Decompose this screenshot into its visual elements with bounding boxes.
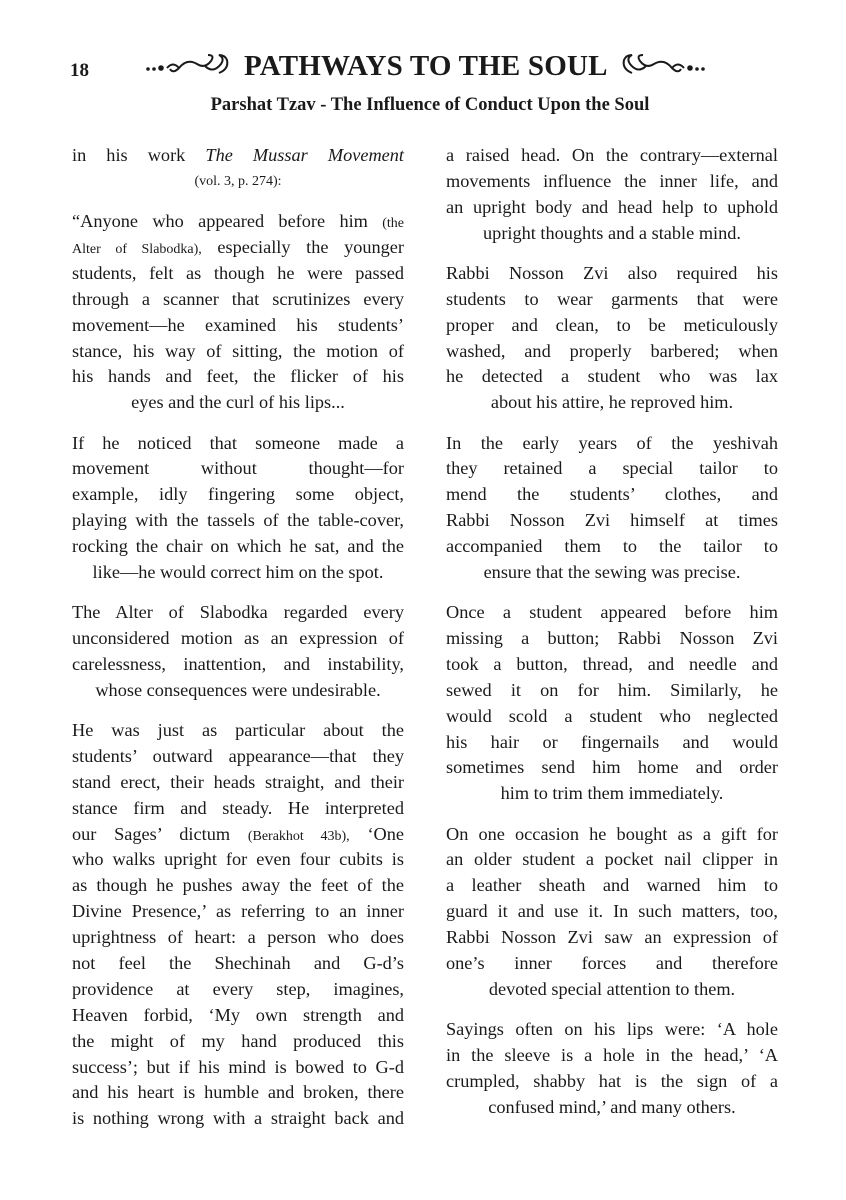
text-line: a raised head. On the contrary—external	[446, 143, 778, 169]
text-line: as though he pushes away the feet of the	[72, 873, 404, 899]
running-head-title: PATHWAYS TO THE SOUL	[244, 50, 606, 82]
text-line: students to wear garments that were	[446, 287, 778, 313]
text-line: movement—he examined his students’	[72, 313, 404, 339]
text-line: stance firm and steady. He interpreted	[72, 796, 404, 822]
text-line: example, idly fingering some object,	[72, 482, 404, 508]
text-line: Alter of Slabodka), especially the young…	[72, 235, 404, 261]
paragraph: He was just as particular about the stud…	[72, 718, 404, 1132]
paragraph: Rabbi Nosson Zvi also required his stude…	[446, 261, 778, 416]
text-line: Rabbi Nosson Zvi himself at times	[446, 508, 778, 534]
text-line: Sayings often on his lips were: ‘A hole	[446, 1017, 778, 1043]
paragraph: If he noticed that someone made a moveme…	[72, 431, 404, 586]
text-line: through a scanner that scrutinizes every	[72, 287, 404, 313]
text-line: his hair or fingernails and would	[446, 730, 778, 756]
text-line: about his attire, he reproved him.	[446, 390, 778, 416]
text-line: our Sages’ dictum (Berakhot 43b), ‘One	[72, 822, 404, 848]
text-line: “Anyone who appeared before him (the	[72, 209, 404, 235]
text-line: devoted special attention to them.	[446, 977, 778, 1003]
text-line: the might of my hand produced this	[72, 1029, 404, 1055]
text-line: him to trim them immediately.	[446, 781, 778, 807]
text-line: and his heart is humble and broken, ther…	[72, 1080, 404, 1106]
text-line: Rabbi Nosson Zvi also required his	[446, 261, 778, 287]
text-line: students’ outward appearance—that they	[72, 744, 404, 770]
text-line: students, felt as though he were passed	[72, 261, 404, 287]
text-line: The Alter of Slabodka regarded every	[72, 600, 404, 626]
text-line: eyes and the curl of his lips...	[72, 390, 404, 416]
text-line: movements influence the inner life, and	[446, 169, 778, 195]
text-line: in his work The Mussar Movement	[72, 143, 404, 169]
text-line: guard it and use it. In such matters, to…	[446, 899, 778, 925]
page-number: 18	[70, 60, 89, 82]
text-line: missing a button; Rabbi Nosson Zvi	[446, 626, 778, 652]
text-line: sometimes send him home and order	[446, 755, 778, 781]
ornament-left-icon	[145, 54, 237, 82]
citation: (Berakhot 43b),	[248, 829, 350, 844]
paragraph: Once a student appeared before him missi…	[446, 600, 778, 807]
text-line: an upright body and head help to uphold	[446, 195, 778, 221]
text-line: uprightness of heart: a person who does	[72, 925, 404, 951]
text-line: upright thoughts and a stable mind.	[446, 221, 778, 247]
text-line: confused mind,’ and many others.	[446, 1095, 778, 1121]
text-line: He was just as particular about the	[72, 718, 404, 744]
text-line: sewed it on for him. Similarly, he	[446, 678, 778, 704]
text-line: Heaven forbid, ‘My own strength and	[72, 1003, 404, 1029]
text-line: not feel the Shechinah and G-d’s	[72, 951, 404, 977]
paragraph: a raised head. On the contrary—external …	[446, 143, 778, 247]
citation: (vol. 3, p. 274):	[72, 169, 404, 195]
text-line: carelessness, inattention, and instabili…	[72, 652, 404, 678]
text-line: On one occasion he bought as a gift for	[446, 822, 778, 848]
left-column: in his work The Mussar Movement (vol. 3,…	[72, 143, 404, 1147]
text-line: his hands and feet, the flicker of his	[72, 364, 404, 390]
paragraph: The Alter of Slabodka regarded every unc…	[72, 600, 404, 704]
running-head: PATHWAYS TO THE SOUL	[130, 50, 720, 83]
text-line: whose consequences were undesirable.	[72, 678, 404, 704]
paragraph: Sayings often on his lips were: ‘A hole …	[446, 1017, 778, 1121]
text-line: stand erect, their heads straight, and t…	[72, 770, 404, 796]
text-line: one’s inner forces and therefore	[446, 951, 778, 977]
text-line: movement without thought—for	[72, 456, 404, 482]
right-column: a raised head. On the contrary—external …	[446, 143, 778, 1135]
text-line: mend the students’ clothes, and	[446, 482, 778, 508]
text-line: they retained a special tailor to	[446, 456, 778, 482]
text-line: who walks upright for even four cubits i…	[72, 847, 404, 873]
text-line: Once a student appeared before him	[446, 600, 778, 626]
text-line: Rabbi Nosson Zvi saw an expression of	[446, 925, 778, 951]
chapter-subtitle: Parshat Tzav - The Influence of Conduct …	[60, 95, 800, 116]
text-line: ensure that the sewing was precise.	[446, 560, 778, 586]
text-line: unconsidered motion as an expression of	[72, 626, 404, 652]
text-line: proper and clean, to be meticulously	[446, 313, 778, 339]
ornament-right-icon	[614, 54, 706, 82]
text-line: a leather sheath and warned him to	[446, 873, 778, 899]
text-line: accompanied them to the tailor to	[446, 534, 778, 560]
text-line: Divine Presence,’ as referring to an inn…	[72, 899, 404, 925]
text-line: stance, his way of sitting, the motion o…	[72, 339, 404, 365]
paragraph: On one occasion he bought as a gift for …	[446, 822, 778, 1003]
text-line: took a button, thread, and needle and	[446, 652, 778, 678]
text-line: is nothing wrong with a straight back an…	[72, 1106, 404, 1132]
text-line: in the sleeve is a hole in the head,’ ‘A	[446, 1043, 778, 1069]
intro-paragraph: in his work The Mussar Movement (vol. 3,…	[72, 143, 404, 195]
text-line: he detected a student who was lax	[446, 364, 778, 390]
text-line: washed, and properly barbered; when	[446, 339, 778, 365]
text-line: like—he would correct him on the spot.	[72, 560, 404, 586]
quote-paragraph: “Anyone who appeared before him (the Alt…	[72, 209, 404, 416]
text-line: rocking the chair on which he sat, and t…	[72, 534, 404, 560]
text-line: In the early years of the yeshivah	[446, 431, 778, 457]
paragraph: In the early years of the yeshivah they …	[446, 431, 778, 586]
text-line: an older student a pocket nail clipper i…	[446, 847, 778, 873]
text-line: success’; but if his mind is bowed to G-…	[72, 1055, 404, 1081]
text-line: If he noticed that someone made a	[72, 431, 404, 457]
book-title: The Mussar Movement	[205, 145, 404, 165]
text-line: providence at every step, imagines,	[72, 977, 404, 1003]
text-line: crumpled, shabby hat is the sign of a	[446, 1069, 778, 1095]
text-line: playing with the tassels of the table-co…	[72, 508, 404, 534]
text-line: would scold a student who neglected	[446, 704, 778, 730]
